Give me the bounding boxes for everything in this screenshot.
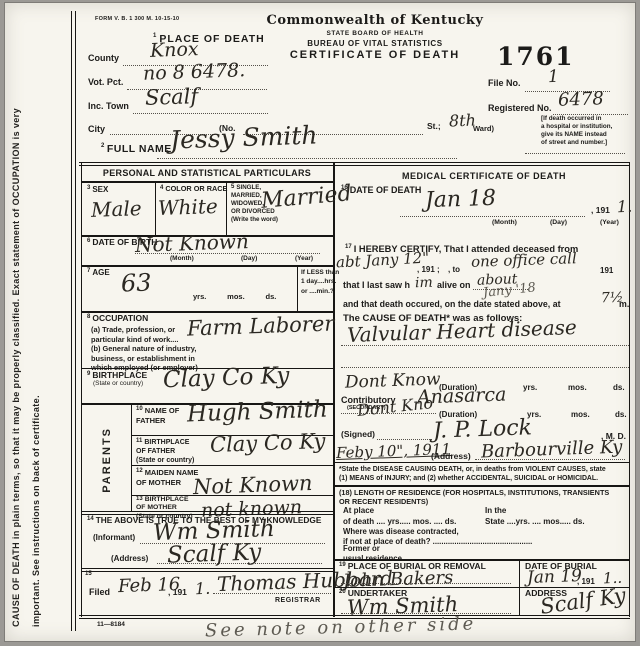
- file-no-value: 1: [548, 69, 559, 86]
- hospital-instruction-note: [If death occurred in a hospital or inst…: [541, 115, 612, 146]
- registrar-label: REGISTRAR: [275, 597, 321, 605]
- registered-no-label: Registered No.: [488, 103, 552, 113]
- dod-year-label: (Year): [600, 219, 619, 227]
- filed-year-handwritten: 1.: [195, 581, 211, 598]
- city-label: City: [88, 124, 105, 134]
- full-name-number: 2: [101, 143, 105, 149]
- burial-year-printed: , 191: [577, 577, 595, 586]
- father-name-label: 10NAME OF FATHER: [136, 406, 179, 426]
- dob-dotted-line: [135, 253, 320, 254]
- residence-top-rule: [335, 485, 630, 487]
- attended-to-year: 191: [600, 266, 613, 275]
- form-code: FORM V. B. 1 300 M. 10-15-10: [95, 16, 179, 22]
- last-saw-pre-text: that I last saw h: [343, 280, 410, 290]
- cause-duration-yrs: yrs.: [523, 383, 537, 392]
- residence-at-place: At place of death .... yrs..... mos. ...…: [343, 506, 456, 528]
- cause-dotted-line-2: [341, 367, 629, 368]
- marital-value: Married: [260, 183, 352, 213]
- filed-section-number: 15: [85, 571, 92, 578]
- attended-from-year: , 191 ;: [417, 265, 440, 274]
- father-birthplace-value: Clay Co Ky: [210, 431, 326, 456]
- cause-footnote: *State the DISEASE CAUSING DEATH, or, in…: [339, 465, 606, 484]
- occupation-value: Farm Laborer: [187, 313, 335, 339]
- dob-value: Not Known: [135, 231, 249, 255]
- dob-day-label: (Day): [241, 255, 257, 262]
- form-right-edge: [629, 162, 630, 617]
- occupation-label: 8OCCUPATION: [87, 314, 148, 324]
- cause-dotted-line-1: [341, 345, 629, 346]
- street-label: St.;: [427, 122, 441, 132]
- birthplace-value: Clay Co Ky: [163, 365, 290, 392]
- birthplace-sub-label: (State or country): [93, 380, 143, 387]
- death-time-unit: m.: [619, 299, 629, 309]
- margin-note-line1: CAUSE OF DEATH in plain terms, so that i…: [11, 108, 21, 627]
- date-of-death-label: 16DATE OF DEATH: [341, 185, 421, 195]
- form-print-code: 11—8184: [97, 621, 125, 628]
- filed-label: Filed: [89, 587, 110, 597]
- place-of-death-number: 1: [153, 33, 157, 39]
- margin-rule-outer: [71, 11, 72, 631]
- burial-date-value: Jan 19: [527, 568, 582, 587]
- residence-label: (18) LENGTH OF RESIDENCE (FOR HOSPITALS,…: [339, 488, 609, 507]
- dod-year-printed: , 191: [591, 206, 610, 216]
- personal-section-header: PERSONAL AND STATISTICAL PARTICULARS: [81, 168, 333, 178]
- death-date-handwritten: Jany '18: [482, 281, 536, 299]
- sex-value: Male: [91, 198, 142, 220]
- signed-label: (Signed): [341, 430, 375, 440]
- cause-of-death-value: Valvular Heart disease: [347, 317, 577, 345]
- bureau-line: BUREAU OF VITAL STATISTICS: [260, 39, 490, 48]
- ward-label: Ward): [473, 125, 494, 134]
- alive-on-label: alive on: [437, 280, 471, 290]
- sex-row-top-rule: [81, 181, 335, 183]
- voting-precinct-value: no 8 6478.: [143, 61, 246, 84]
- town-dotted-line: [133, 113, 268, 114]
- residence-in-state: In the State ....yrs. .... mos..... ds.: [485, 506, 585, 528]
- reverse-side-note: See note on other side: [205, 615, 477, 640]
- dob-month-label: (Month): [170, 255, 194, 262]
- informant-address-label: (Address): [111, 554, 148, 563]
- age-less-than-note: If LESS than 1 day....hrs. or ....min.?: [301, 268, 339, 296]
- center-divider: [333, 162, 335, 617]
- cause-duration-mos: mos.: [568, 383, 587, 392]
- date-of-death-value: Jan 18: [425, 188, 497, 212]
- cause-duration-ds: ds.: [613, 383, 625, 392]
- race-marital-divider: [226, 181, 227, 235]
- certificate-paper: CAUSE OF DEATH in plain terms, so that i…: [5, 3, 635, 641]
- margin-note-line2: important. See instructions on back of c…: [31, 395, 41, 627]
- dod-day-label: (Day): [550, 219, 567, 227]
- burial-place-dotted-line: [341, 583, 511, 584]
- medical-section-header: MEDICAL CERTIFICATE OF DEATH: [339, 171, 629, 181]
- file-no-label: File No.: [488, 78, 521, 88]
- mother-name-top-rule: [131, 465, 335, 466]
- date-of-death-dotted-line: [400, 216, 585, 217]
- state-board-line: STATE BOARD OF HEALTH: [260, 30, 490, 37]
- occupation-line-a: (a) Trade, profession, or particular kin…: [91, 325, 178, 344]
- margin-rule-inner: [75, 11, 76, 631]
- signed-dotted-line: [377, 439, 432, 440]
- age-units: yrs. mos. ds.: [193, 293, 276, 302]
- form-left-edge: [81, 162, 82, 617]
- informant-address-dotted-line: [157, 563, 322, 564]
- footnote-top-rule: [335, 462, 630, 463]
- race-value: White: [158, 196, 218, 218]
- inc-town-label: Inc. Town: [88, 101, 129, 111]
- informant-label: (Informant): [93, 533, 135, 542]
- mother-name-label: 12MAIDEN NAME OF MOTHER: [136, 468, 198, 488]
- age-less-divider: [297, 265, 298, 311]
- last-saw-him-handwritten: im: [415, 276, 433, 291]
- father-name-value: Hugh Smith: [187, 399, 328, 427]
- voting-precinct-label: Vot. Pct.: [88, 77, 123, 87]
- county-label: County: [88, 53, 119, 63]
- commonwealth-title: Commonwealth of Kentucky: [260, 14, 490, 29]
- race-label: 4COLOR OR RACE: [160, 185, 227, 193]
- dod-year-handwritten: 1.: [617, 199, 633, 216]
- age-value: 63: [121, 270, 152, 295]
- age-label: 7AGE: [87, 268, 110, 277]
- sex-label: 3SEX: [87, 185, 108, 194]
- father-birthplace-label: 11BIRTHPLACE OF FATHER (State or country…: [136, 438, 194, 465]
- county-value: Knox: [150, 40, 199, 61]
- contributory-mos: mos.: [571, 410, 590, 419]
- attended-to-label: , to: [448, 265, 460, 274]
- inc-town-value: Scalf: [145, 86, 199, 109]
- registrar-dotted-line: [213, 593, 331, 594]
- parents-vertical-label: PARENTS: [101, 427, 113, 493]
- filed-year-printed: , 191: [168, 588, 187, 598]
- dob-year-label: (Year): [295, 255, 313, 262]
- full-name-label: 2FULL NAME: [101, 143, 172, 155]
- death-occurred-text: and that death occured, on the date stat…: [343, 299, 561, 309]
- contributory-dotted-line: [341, 413, 436, 414]
- sex-race-divider: [155, 181, 156, 235]
- attended-from-value: abt Jany 12": [336, 251, 430, 271]
- physician-address-dotted-line: [475, 459, 625, 460]
- full-name-dotted-line: [157, 158, 457, 159]
- full-name-right-dashes: [525, 153, 625, 154]
- dod-month-label: (Month): [492, 219, 517, 227]
- physician-signature: J. P. Lock: [433, 417, 533, 442]
- certificate-title: CERTIFICATE OF DEATH: [260, 49, 490, 62]
- registered-no-value: 6478: [558, 90, 604, 110]
- full-name-value: Jessy Smith: [170, 122, 318, 152]
- attended-to-value: one office call: [471, 251, 577, 270]
- contributory-ds: ds.: [615, 410, 627, 419]
- header-bottom-rule: [79, 162, 630, 166]
- certificate-stamp-number: 1761: [497, 43, 575, 72]
- physician-address-label: (Address): [431, 452, 471, 462]
